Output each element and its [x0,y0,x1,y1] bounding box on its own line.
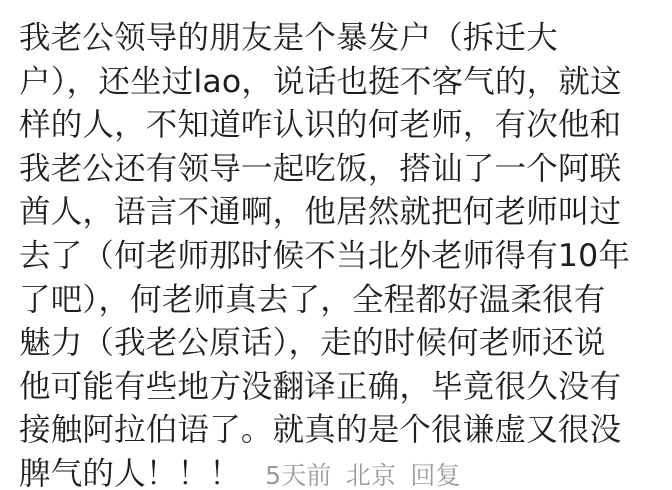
comment-line: 样的人，不知道咋认识的何老师，有次他和 [19,104,659,148]
comment-location: 北京 [346,461,396,490]
comment-line: 接触阿拉伯语了。就真的是个很谦虚又很没 [19,409,659,453]
comment-line: 脾气的人！！！ [19,456,241,490]
comment-line: 我老公还有领导一起吃饭，搭讪了一个阿联 [19,148,659,192]
comment-last-line: 脾气的人！！！ 5天前 北京 回复 [19,453,659,490]
comment-meta: 5天前 北京 回复 [265,461,467,490]
comment-line: 魅力（我老公原话），走的时候何老师还说 [19,322,659,366]
comment-line: 他可能有些地方没翻译正确，毕竟很久没有 [19,366,659,410]
comment-line: 去了（何老师那时候不当北外老师得有10年 [19,235,659,279]
comment-time: 5天前 [265,461,332,490]
comment-body: 我老公领导的朋友是个暴发户（拆迁大 户），还坐过lao，说话也挺不客气的，就这 … [19,17,659,490]
comment-line: 我老公领导的朋友是个暴发户（拆迁大 [19,17,659,61]
comment-line: 酋人，语言不通啊，他居然就把何老师叫过 [19,191,659,235]
reply-button[interactable]: 回复 [410,461,460,490]
comment-line: 户），还坐过lao，说话也挺不客气的，就这 [19,61,659,105]
comment-line: 了吧），何老师真去了，全程都好温柔很有 [19,279,659,323]
